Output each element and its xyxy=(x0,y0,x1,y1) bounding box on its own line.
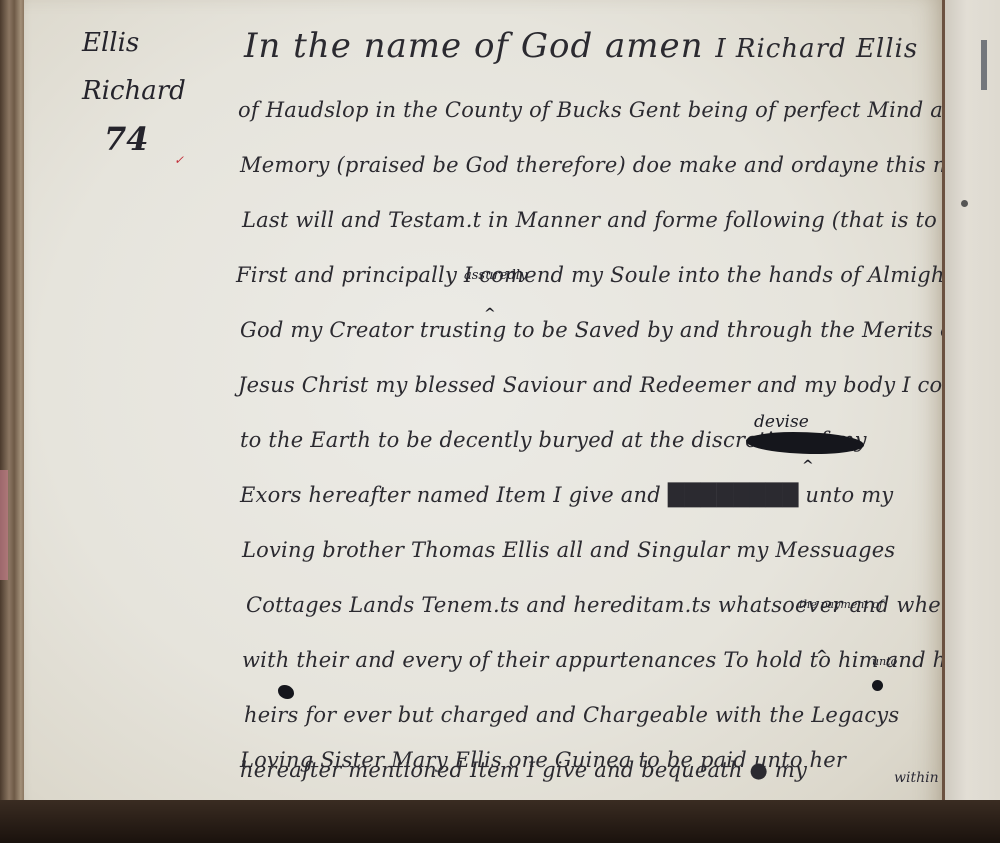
interlineation-devise: devise xyxy=(754,412,809,432)
book-spine-edge-left xyxy=(0,0,26,843)
insertion-caret-icon: ^ xyxy=(816,648,828,664)
invocation: In the name of God amen xyxy=(244,26,715,66)
facing-page-edge xyxy=(945,0,1000,800)
text-line: Cottages Lands Tenem.ts and hereditam.ts… xyxy=(246,593,1000,617)
ink-spot xyxy=(961,200,968,207)
text-line: Jesus Christ my blessed Saviour and Rede… xyxy=(238,373,978,397)
text-line: God my Creator trusting to be Saved by a… xyxy=(240,318,961,342)
text-line: Exors hereafter named Item I give and ██… xyxy=(240,483,893,507)
will-heading-line: In the name of God amen I Richard Ellis xyxy=(244,26,918,66)
ink-blot xyxy=(278,685,294,699)
insertion-caret-icon: ^ xyxy=(484,306,496,322)
text-line: Memory (praised be God therefore) doe ma… xyxy=(240,153,965,177)
text-line: Loving Sister Mary Ellis one Guinea to b… xyxy=(240,748,846,772)
text-line: with their and every of their appurtenan… xyxy=(242,648,964,672)
margin-forename: Richard xyxy=(82,76,222,106)
text-line: First and principally I comend my Soule … xyxy=(236,263,965,287)
insertion-caret-icon: ^ xyxy=(802,458,814,474)
manuscript-page: Ellis Richard 74 ✓ In the name of God am… xyxy=(24,0,944,830)
catchword: within xyxy=(894,770,939,786)
text-line: Loving brother Thomas Ellis all and Sing… xyxy=(242,538,895,562)
book-bottom-shadow xyxy=(0,800,1000,843)
margin-index-note: Ellis Richard 74 ✓ xyxy=(82,28,222,158)
margin-surname: Ellis xyxy=(82,28,222,58)
text-line: heirs for ever but charged and Chargeabl… xyxy=(244,703,899,727)
text-line: of Haudslop in the County of Bucks Gent … xyxy=(238,98,970,122)
facing-page-ink-fragment xyxy=(981,40,987,90)
text-line: Last will and Testam.t in Manner and for… xyxy=(242,208,988,232)
interlineation-unto: unto xyxy=(872,655,897,668)
red-tick-mark-icon: ✓ xyxy=(174,153,184,167)
testator-name: I Richard Ellis xyxy=(715,34,918,64)
interlineation-payment-of: the payment of xyxy=(799,598,883,611)
page-edge-marker xyxy=(0,470,8,580)
ink-blot xyxy=(872,680,883,691)
interlineation-assuredly: assuredly xyxy=(464,268,527,283)
margin-entry-number: 74 xyxy=(104,120,222,158)
